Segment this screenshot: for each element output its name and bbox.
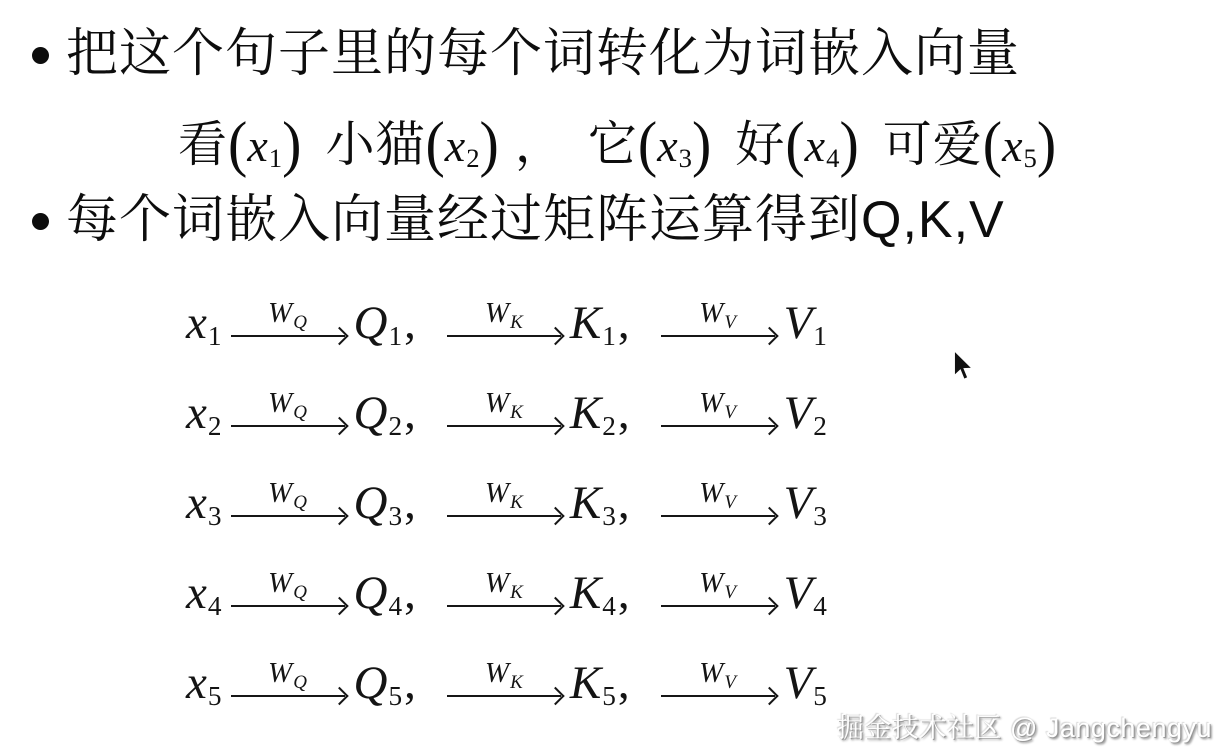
weight-subscript: K	[510, 402, 523, 423]
output-variable: Q3	[354, 477, 403, 529]
variable-letter: x	[657, 120, 677, 171]
word-token: 好(x4)	[735, 106, 858, 176]
weight-subscript: Q	[293, 582, 307, 603]
mapping-arrow: WK	[447, 659, 561, 697]
weight-letter: W	[485, 657, 509, 689]
variable-subscript: 3	[602, 501, 616, 531]
output-variable: V3	[784, 477, 827, 529]
variable-letter: V	[784, 567, 813, 619]
variable-subscript: 5	[388, 681, 402, 711]
weight-letter: W	[268, 567, 292, 599]
arrow-head-icon	[330, 687, 348, 705]
embedding-variable: x2	[445, 119, 480, 171]
bullet-line-1: 把这个句子里的每个词转化为词嵌入向量	[32, 22, 1020, 87]
variable-letter: x	[1002, 120, 1022, 171]
weight-matrix-label: WQ	[268, 479, 307, 508]
variable-letter: x	[186, 567, 207, 619]
open-paren: (	[228, 107, 247, 179]
output-variable: K2	[570, 387, 616, 439]
comma-separator: ,	[618, 477, 630, 529]
arrow-head-icon	[546, 687, 564, 705]
variable-subscript: 4	[388, 591, 402, 621]
arrow-shaft	[661, 695, 775, 697]
weight-letter: W	[268, 297, 292, 329]
word-text: 它	[588, 118, 638, 172]
arrow-shaft	[231, 605, 345, 607]
mapping-arrow: WQ	[231, 299, 345, 337]
embedding-variable: x4	[805, 119, 840, 171]
comma-separator: ,	[404, 567, 416, 619]
output-variable: V1	[784, 297, 827, 349]
weight-matrix-label: WQ	[268, 659, 307, 688]
variable-letter: x	[186, 477, 207, 529]
weight-matrix-label: WQ	[268, 569, 307, 598]
word-token: 看(x1)	[178, 106, 301, 176]
weight-matrix-label: WV	[699, 479, 736, 508]
arrow-head-icon	[546, 597, 564, 615]
weight-subscript: V	[724, 402, 736, 423]
word-token: 小猫(x2)，	[325, 106, 563, 176]
embedding-variable: x3	[657, 119, 692, 171]
weight-letter: W	[485, 387, 509, 419]
weight-matrix-label: WK	[485, 569, 523, 598]
arrow-shaft	[447, 335, 561, 337]
comma-separator: ,	[618, 387, 630, 439]
variable-letter: V	[784, 657, 813, 709]
output-variable: V5	[784, 657, 827, 709]
variable-letter: x	[186, 387, 207, 439]
weight-matrix-label: WV	[699, 659, 736, 688]
arrow-head-icon	[546, 417, 564, 435]
arrow-head-icon	[760, 507, 778, 525]
variable-letter: x	[186, 297, 207, 349]
output-variable: Q4	[354, 567, 403, 619]
variable-subscript: 3	[813, 501, 827, 531]
output-variable: V2	[784, 387, 827, 439]
close-paren: )	[282, 107, 301, 179]
mapping-arrow: WQ	[231, 569, 345, 607]
comma-separator: ,	[618, 657, 630, 709]
sentence-line: 看(x1)小猫(x2)，它(x3)好(x4)可爱(x5)	[178, 106, 1056, 176]
word-text: 看	[178, 118, 228, 172]
variable-subscript: 5	[208, 681, 222, 711]
variable-subscript: 3	[388, 501, 402, 531]
weight-subscript: K	[510, 582, 523, 603]
mapping-arrow: WK	[447, 299, 561, 337]
weight-letter: W	[699, 477, 723, 509]
mapping-arrow: WQ	[231, 479, 345, 517]
open-paren: (	[425, 107, 444, 179]
output-variable: K5	[570, 657, 616, 709]
weight-matrix-label: WK	[485, 479, 523, 508]
weight-matrix-label: WV	[699, 299, 736, 328]
bullet-line-2: 每个词嵌入向量经过矩阵运算得到Q,K,V	[32, 188, 1005, 253]
input-variable: x2	[186, 387, 222, 439]
output-variable: Q2	[354, 387, 403, 439]
arrow-shaft	[447, 425, 561, 427]
arrow-head-icon	[760, 597, 778, 615]
equation-row: x1WQQ1,WKK1,WVV1	[186, 278, 827, 368]
mapping-arrow: WV	[661, 389, 775, 427]
variable-subscript: 5	[1024, 143, 1037, 173]
comma-separator: ,	[404, 477, 416, 529]
variable-subscript: 2	[602, 411, 616, 441]
weight-letter: W	[268, 657, 292, 689]
variable-subscript: 1	[602, 321, 616, 351]
weight-letter: W	[268, 477, 292, 509]
variable-subscript: 2	[466, 143, 479, 173]
weight-matrix-label: WQ	[268, 299, 307, 328]
equation-row: x4WQQ4,WKK4,WVV4	[186, 548, 827, 638]
variable-letter: x	[247, 120, 267, 171]
close-paren: )	[692, 107, 711, 179]
arrow-shaft	[231, 695, 345, 697]
weight-subscript: K	[510, 492, 523, 513]
variable-subscript: 5	[602, 681, 616, 711]
comma-separator: ,	[404, 387, 416, 439]
comma-separator: ,	[618, 297, 630, 349]
arrow-shaft	[231, 335, 345, 337]
weight-subscript: V	[724, 312, 736, 333]
arrow-shaft	[231, 515, 345, 517]
arrow-shaft	[661, 335, 775, 337]
variable-subscript: 1	[813, 321, 827, 351]
variable-letter: Q	[354, 387, 388, 439]
variable-subscript: 4	[602, 591, 616, 621]
arrow-head-icon	[330, 597, 348, 615]
variable-letter: Q	[354, 567, 388, 619]
arrow-shaft	[447, 605, 561, 607]
embedding-variable: x1	[247, 119, 282, 171]
open-paren: (	[638, 107, 657, 179]
arrow-head-icon	[330, 417, 348, 435]
variable-subscript: 5	[813, 681, 827, 711]
arrow-head-icon	[330, 507, 348, 525]
mapping-arrow: WV	[661, 569, 775, 607]
arrow-head-icon	[546, 327, 564, 345]
weight-matrix-label: WV	[699, 569, 736, 598]
weight-matrix-label: WK	[485, 389, 523, 418]
mapping-arrow: WV	[661, 299, 775, 337]
bullet-1-text: 把这个句子里的每个词转化为词嵌入向量	[66, 22, 1020, 87]
close-paren: )	[839, 107, 858, 179]
output-variable: V4	[784, 567, 827, 619]
weight-subscript: V	[724, 582, 736, 603]
mapping-arrow: WK	[447, 389, 561, 427]
variable-subscript: 4	[208, 591, 222, 621]
mapping-arrow: WQ	[231, 659, 345, 697]
variable-letter: K	[570, 657, 601, 709]
arrow-head-icon	[546, 507, 564, 525]
mapping-arrow: WK	[447, 479, 561, 517]
variable-subscript: 3	[208, 501, 222, 531]
weight-subscript: Q	[293, 492, 307, 513]
arrow-shaft	[447, 515, 561, 517]
variable-letter: K	[570, 567, 601, 619]
weight-subscript: K	[510, 312, 523, 333]
mapping-arrow: WQ	[231, 389, 345, 427]
weight-subscript: Q	[293, 672, 307, 693]
variable-subscript: 1	[208, 321, 222, 351]
mouse-cursor-icon	[953, 351, 974, 381]
variable-letter: K	[570, 477, 601, 529]
variable-subscript: 1	[388, 321, 402, 351]
variable-subscript: 3	[679, 143, 692, 173]
weight-letter: W	[485, 567, 509, 599]
variable-letter: x	[445, 120, 465, 171]
weight-subscript: K	[510, 672, 523, 693]
weight-matrix-label: WV	[699, 389, 736, 418]
comma-separator: ,	[404, 297, 416, 349]
arrow-shaft	[661, 425, 775, 427]
equation-row: x3WQQ3,WKK3,WVV3	[186, 458, 827, 548]
close-paren: )	[1037, 107, 1056, 179]
variable-subscript: 4	[826, 143, 839, 173]
arrow-head-icon	[330, 327, 348, 345]
word-token: 它(x3)	[588, 106, 711, 176]
arrow-head-icon	[760, 327, 778, 345]
output-variable: Q5	[354, 657, 403, 709]
mapping-arrow: WK	[447, 569, 561, 607]
comma-separator: ,	[404, 657, 416, 709]
weight-matrix-label: WK	[485, 659, 523, 688]
word-text: 小猫	[325, 118, 425, 172]
variable-letter: x	[186, 657, 207, 709]
weight-letter: W	[699, 567, 723, 599]
arrow-head-icon	[760, 417, 778, 435]
bullet-2-text: 每个词嵌入向量经过矩阵运算得到Q,K,V	[66, 188, 1005, 253]
weight-letter: W	[699, 387, 723, 419]
comma-separator: ,	[618, 567, 630, 619]
variable-letter: K	[570, 387, 601, 439]
arrow-shaft	[231, 425, 345, 427]
weight-letter: W	[485, 297, 509, 329]
variable-letter: V	[784, 387, 813, 439]
arrow-head-icon	[760, 687, 778, 705]
close-paren: )	[480, 107, 499, 179]
open-paren: (	[785, 107, 804, 179]
weight-letter: W	[485, 477, 509, 509]
variable-letter: Q	[354, 657, 388, 709]
input-variable: x4	[186, 567, 222, 619]
weight-subscript: V	[724, 492, 736, 513]
variable-letter: Q	[354, 477, 388, 529]
weight-matrix-label: WQ	[268, 389, 307, 418]
open-paren: (	[983, 107, 1002, 179]
word-text: 可爱	[883, 118, 983, 172]
embedding-variable: x5	[1002, 119, 1037, 171]
output-variable: Q1	[354, 297, 403, 349]
output-variable: K4	[570, 567, 616, 619]
qkv-equations: x1WQQ1,WKK1,WVV1x2WQQ2,WKK2,WVV2x3WQQ3,W…	[186, 278, 827, 728]
variable-subscript: 2	[208, 411, 222, 441]
variable-letter: Q	[354, 297, 388, 349]
watermark: 掘金技术社区 @ Jangchengyu	[837, 706, 1212, 745]
weight-subscript: Q	[293, 402, 307, 423]
weight-letter: W	[699, 297, 723, 329]
output-variable: K3	[570, 477, 616, 529]
bullet-icon	[32, 213, 49, 230]
variable-subscript: 1	[269, 143, 282, 173]
variable-letter: V	[784, 297, 813, 349]
input-variable: x1	[186, 297, 222, 349]
bullet-icon	[32, 47, 49, 64]
output-variable: K1	[570, 297, 616, 349]
input-variable: x5	[186, 657, 222, 709]
arrow-shaft	[661, 605, 775, 607]
word-token: 可爱(x5)	[883, 106, 1056, 176]
equation-row: x5WQQ5,WKK5,WVV5	[186, 638, 827, 728]
weight-subscript: V	[724, 672, 736, 693]
input-variable: x3	[186, 477, 222, 529]
weight-matrix-label: WK	[485, 299, 523, 328]
arrow-shaft	[447, 695, 561, 697]
arrow-shaft	[661, 515, 775, 517]
mapping-arrow: WV	[661, 659, 775, 697]
slide: 把这个句子里的每个词转化为词嵌入向量 看(x1)小猫(x2)，它(x3)好(x4…	[0, 0, 1224, 751]
punctuation: ，	[515, 118, 564, 172]
weight-subscript: Q	[293, 312, 307, 333]
variable-subscript: 4	[813, 591, 827, 621]
weight-letter: W	[699, 657, 723, 689]
word-text: 好	[735, 118, 785, 172]
variable-letter: V	[784, 477, 813, 529]
variable-letter: K	[570, 297, 601, 349]
variable-letter: x	[805, 120, 825, 171]
weight-letter: W	[268, 387, 292, 419]
variable-subscript: 2	[813, 411, 827, 441]
variable-subscript: 2	[388, 411, 402, 441]
mapping-arrow: WV	[661, 479, 775, 517]
equation-row: x2WQQ2,WKK2,WVV2	[186, 368, 827, 458]
